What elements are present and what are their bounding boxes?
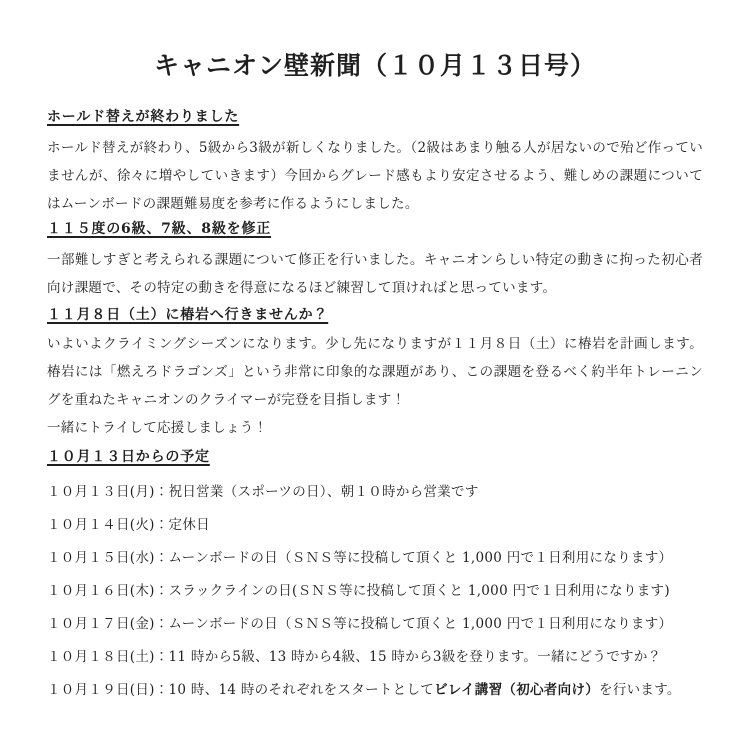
section-heading-schedule: １０月１３日からの予定 <box>47 446 703 468</box>
schedule-item-oct19: １０月１９日(日)：10 時、14 時のそれぞれをスタートとしてビレイ講習（初心… <box>47 680 703 700</box>
schedule-item-oct13: １０月１３日(月)：祝日営業（スポーツの日）、朝１０時から営業です <box>47 482 703 502</box>
paragraph-tsubaki-trip: いよいよクライミングシーズンになります。少し先になりますが１１月８日（土）に椿岩… <box>47 330 703 414</box>
schedule-item-oct18: １０月１８日(土)：11 時から5級、13 時から4級、15 時から3級を登りま… <box>47 647 703 667</box>
newsletter-page: キャニオン壁新聞（１０月１３日号） ホールド替えが終わりました ホールド替えが終… <box>0 0 750 750</box>
schedule-item-oct19-belay-course-bold: ビレイ講習（初心者向け） <box>434 682 599 698</box>
section-heading-tsubaki-trip: １１月８日（土）に椿岩へ行きませんか？ <box>47 304 703 326</box>
section-hold-change: ホールド替えが終わりました ホールド替えが終わり、5級から3級が新しくなりました… <box>47 106 703 218</box>
schedule-item-oct15: １０月１５日(水)：ムーンボードの日（ＳＮＳ等に投稿して頂くと 1,000 円で… <box>47 548 703 568</box>
schedule-item-oct17: １０月１７日(金)：ムーンボードの日（ＳＮＳ等に投稿して頂くと 1,000 円で… <box>47 614 703 634</box>
page-title: キャニオン壁新聞（１０月１３日号） <box>47 48 703 84</box>
section-schedule: １０月１３日からの予定 １０月１３日(月)：祝日営業（スポーツの日）、朝１０時か… <box>47 446 703 700</box>
paragraph-hold-change: ホールド替えが終わり、5級から3級が新しくなりました。（2級はあまり触る人が居な… <box>47 134 703 218</box>
section-heading-grade-fix: １１５度の6級、7級、8級を修正 <box>47 218 703 240</box>
paragraph-cheer-together: 一緒にトライして応援しましょう！ <box>47 414 703 442</box>
section-grade-fix: １１５度の6級、7級、8級を修正 一部難しすぎと考えられる課題について修正を行い… <box>47 218 703 302</box>
schedule-item-oct19-prefix: １０月１９日(日)：10 時、14 時のそれぞれをスタートとして <box>47 682 434 698</box>
paragraph-grade-fix: 一部難しすぎと考えられる課題について修正を行いました。キャニオンらしい特定の動き… <box>47 246 703 302</box>
schedule-item-oct14: １０月１４日(火)：定休日 <box>47 515 703 535</box>
section-tsubaki-trip: １１月８日（土）に椿岩へ行きませんか？ いよいよクライミングシーズンになります。… <box>47 304 703 442</box>
schedule-item-oct19-suffix: を行います。 <box>599 682 681 698</box>
section-heading-hold-change: ホールド替えが終わりました <box>47 106 703 128</box>
schedule-item-oct16: １０月１６日(木)：スラックラインの日(ＳＮＳ等に投稿して頂くと 1,000 円… <box>47 581 703 601</box>
